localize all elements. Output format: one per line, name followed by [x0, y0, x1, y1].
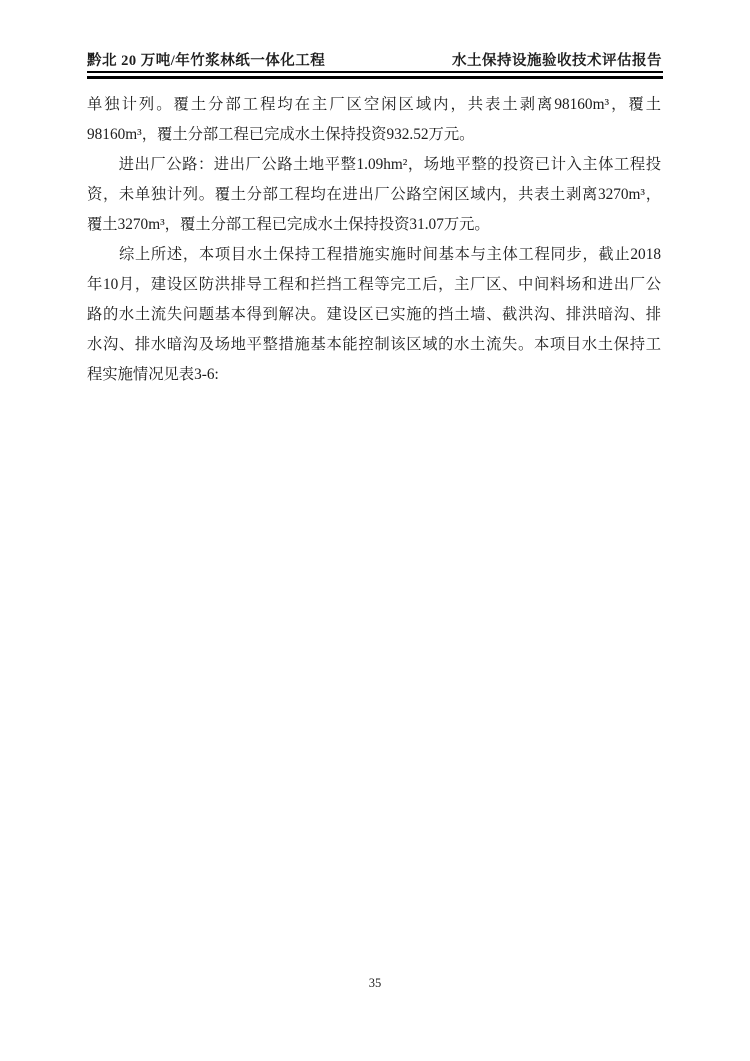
text-line: 年10月，建设区防洪排导工程和拦挡工程等完工后，主厂区、中间料场和进出厂公 [87, 270, 661, 300]
text-line: 覆土3270m³，覆土分部工程已完成水土保持投资31.07万元。 [87, 210, 661, 240]
page-number: 35 [369, 976, 382, 990]
header-left-title: 黔北 20 万吨/年竹浆林纸一体化工程 [87, 49, 325, 70]
paragraph: 单独计列。覆土分部工程均在主厂区空闲区域内，共表土剥离98160m³，覆土981… [87, 90, 661, 150]
document-body: 单独计列。覆土分部工程均在主厂区空闲区域内，共表土剥离98160m³，覆土981… [87, 90, 661, 390]
text-line: 单独计列。覆土分部工程均在主厂区空闲区域内，共表土剥离98160m³，覆土 [87, 90, 661, 120]
text-line: 综上所述，本项目水土保持工程措施实施时间基本与主体工程同步，截止2018 [87, 240, 661, 270]
page-header: 黔北 20 万吨/年竹浆林纸一体化工程 水土保持设施验收技术评估报告 [87, 49, 662, 70]
paragraph: 综上所述，本项目水土保持工程措施实施时间基本与主体工程同步，截止2018年10月… [87, 240, 661, 390]
paragraph: 进出厂公路：进出厂公路土地平整1.09hm²，场地平整的投资已计入主体工程投资，… [87, 150, 661, 240]
header-double-rule [87, 71, 663, 79]
text-line: 进出厂公路：进出厂公路土地平整1.09hm²，场地平整的投资已计入主体工程投 [87, 150, 661, 180]
header-right-title: 水土保持设施验收技术评估报告 [452, 49, 662, 70]
page-footer: 35 [0, 976, 750, 991]
text-line: 98160m³，覆土分部工程已完成水土保持投资932.52万元。 [87, 120, 661, 150]
text-line: 程实施情况见表3-6: [87, 360, 661, 390]
document-page: 黔北 20 万吨/年竹浆林纸一体化工程 水土保持设施验收技术评估报告 单独计列。… [0, 0, 750, 1061]
text-line: 路的水土流失问题基本得到解决。建设区已实施的挡土墙、截洪沟、排洪暗沟、排 [87, 300, 661, 330]
text-line: 水沟、排水暗沟及场地平整措施基本能控制该区域的水土流失。本项目水土保持工 [87, 330, 661, 360]
text-line: 资，未单独计列。覆土分部工程均在进出厂公路空闲区域内，共表土剥离3270m³， [87, 180, 661, 210]
